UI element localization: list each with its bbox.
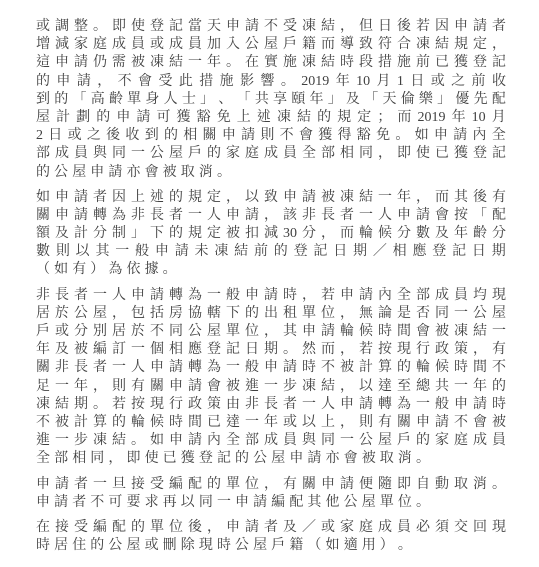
paragraph-5: 在接受編配的單位後，申請者及／或家庭成員必須交回現時居住的公屋或刪除現時公屋戶籍… [36, 519, 506, 555]
text-line: 非長者一人申請轉為一般申請時，若申請內全部成員均現 [36, 287, 506, 305]
text-line: 全部相同，即使已獲登記的公屋申請亦會被取消。 [36, 450, 506, 468]
text-line: 部成員與同一公屋戶的家庭成員全部相同，即使已獲登記 [36, 145, 506, 163]
text-line: 在接受編配的單位後，申請者及／或家庭成員必須交回現 [36, 519, 506, 537]
text-line: 2日或之後收到的相關申請則不會獲得豁免。如申請內全 [36, 127, 506, 145]
text-line: 年及被編訂一個相應登記日期。然而，若按現行政策，有 [36, 341, 506, 359]
text-line: 關申請轉為非長者一人申請，該非長者一人申請會按「配 [36, 207, 506, 225]
text-line: 額及計分制」下的規定被扣減30分，而輪候分數及年齡分 [36, 225, 506, 243]
text-line: 足一年，則有關申請會被進一步凍結，以達至總共一年的 [36, 378, 506, 396]
text-line: 的公屋申請亦會被取消。 [36, 164, 506, 182]
text-line: 這申請仍需被凍結一年。在實施凍結時段措施前已獲登記 [36, 54, 506, 72]
text-line: 時居住的公屋或刪除現時公屋戶籍（如適用）。 [36, 537, 506, 555]
text-line: 增減家庭成員或成員加入公屋戶籍而導致符合凍結規定， [36, 36, 506, 54]
text-line: 數則以其一般申請未凍結前的登記日期／相應登記日期 [36, 243, 506, 261]
text-line: 申請者一旦接受編配的單位，有關申請便隨即自動取消。 [36, 476, 506, 494]
text-line: 居於公屋，包括房協轄下的出租單位，無論是否同一公屋 [36, 305, 506, 323]
text-line: 凍結期。若按現行政策由非長者一人申請轉為一般申請時 [36, 396, 506, 414]
text-line: 進一步凍結。如申請內全部成員與同一公屋戶的家庭成員 [36, 432, 506, 450]
text-line: 到的「高齡單身人士」、「共享頤年」及「天倫樂」優先配 [36, 91, 506, 109]
paragraph-4: 申請者一旦接受編配的單位，有關申請便隨即自動取消。申請者不可要求再以同一申請編配… [36, 476, 506, 512]
paragraph-1: 或調整。即使登記當天申請不受凍結，但日後若因申請者增減家庭成員或成員加入公屋戶籍… [36, 18, 506, 182]
document-body: 或調整。即使登記當天申請不受凍結，但日後若因申請者增減家庭成員或成員加入公屋戶籍… [36, 18, 506, 555]
text-line: 申請者不可要求再以同一申請編配其他公屋單位。 [36, 494, 506, 512]
text-line: 不被計算的輪候時間已達一年或以上，則有關申請不會被 [36, 414, 506, 432]
text-line: 屋計劃的申請可獲豁免上述凍結的規定；而2019年10月 [36, 109, 506, 127]
text-line: 的申請，不會受此措施影響。2019年10月1日或之前收 [36, 73, 506, 91]
text-line: （如有）為依據。 [36, 261, 506, 279]
text-line: 或調整。即使登記當天申請不受凍結，但日後若因申請者 [36, 18, 506, 36]
text-line: 關非長者一人申請轉為一般申請時不被計算的輪候時間不 [36, 359, 506, 377]
paragraph-2: 如申請者因上述的規定，以致申請被凍結一年，而其後有關申請轉為非長者一人申請，該非… [36, 189, 506, 280]
paragraph-3: 非長者一人申請轉為一般申請時，若申請內全部成員均現居於公屋，包括房協轄下的出租單… [36, 287, 506, 469]
text-line: 如申請者因上述的規定，以致申請被凍結一年，而其後有 [36, 189, 506, 207]
text-line: 戶或分別居於不同公屋單位，其申請輪候時間會被凍結一 [36, 323, 506, 341]
document-page: 或調整。即使登記當天申請不受凍結，但日後若因申請者增減家庭成員或成員加入公屋戶籍… [0, 0, 539, 567]
